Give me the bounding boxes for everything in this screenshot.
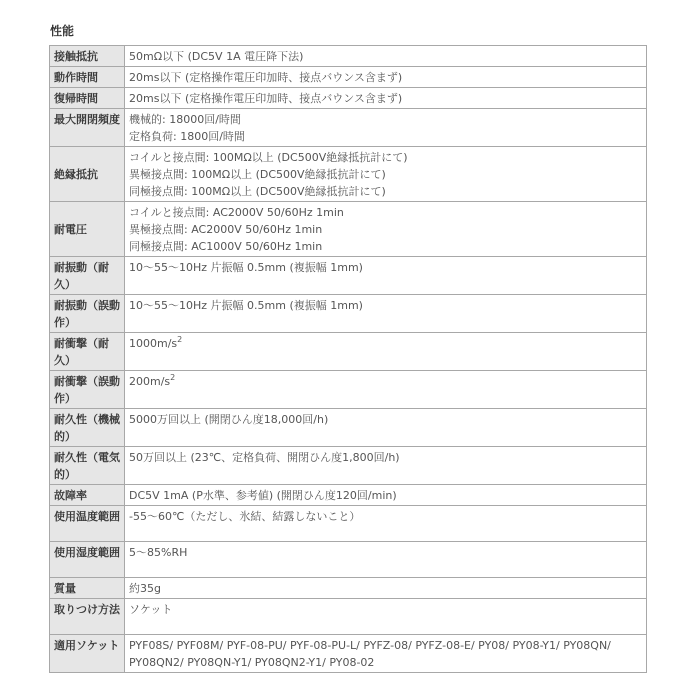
value-line: 約35g (129, 580, 642, 597)
row-label: 取りつけ方法 (50, 599, 125, 635)
value-line: 20ms以下 (定格操作電圧印加時、接点バウンス含まず) (129, 90, 642, 107)
row-label: 耐振動（耐久） (50, 257, 125, 295)
row-label: 復帰時間 (50, 88, 125, 109)
table-row-electrical-endurance: 耐久性（電気的） 50万回以上 (23℃、定格負荷、開閉ひん度1,800回/h) (50, 447, 647, 485)
value-line: -55～60℃（ただし、氷結、結露しないこと） (129, 508, 642, 525)
value-line: 50mΩ以下 (DC5V 1A 電圧降下法) (129, 48, 642, 65)
row-label: 質量 (50, 578, 125, 599)
row-value: コイルと接点間: 100MΩ以上 (DC500V絶縁抵抗計にて) 異極接点間: … (125, 147, 647, 202)
table-row-operate-time: 動作時間 20ms以下 (定格操作電圧印加時、接点バウンス含まず) (50, 67, 647, 88)
table-row-applicable-sockets: 適用ソケット PYF08S/ PYF08M/ PYF-08-PU/ PYF-08… (50, 635, 647, 673)
value-line: 機械的: 18000回/時間 (129, 111, 642, 128)
value-exponent: 2 (170, 373, 175, 382)
table-row-mechanical-endurance: 耐久性（機械的） 5000万回以上 (開閉ひん度18,000回/h) (50, 409, 647, 447)
value-base: 1000m/s (129, 337, 177, 350)
row-value: コイルと接点間: AC2000V 50/60Hz 1min 異極接点間: AC2… (125, 202, 647, 257)
row-value: 50mΩ以下 (DC5V 1A 電圧降下法) (125, 46, 647, 67)
value-line: PYF08S/ PYF08M/ PYF-08-PU/ PYF-08-PU-L/ … (129, 637, 642, 654)
value-line: 50万回以上 (23℃、定格負荷、開閉ひん度1,800回/h) (129, 449, 642, 466)
row-value: 5～85%RH (125, 542, 647, 578)
value-line: 10～55～10Hz 片振幅 0.5mm (複振幅 1mm) (129, 297, 642, 314)
value-exponent: 2 (177, 335, 182, 344)
value-line: 5000万回以上 (開閉ひん度18,000回/h) (129, 411, 642, 428)
table-row-vibration-durability: 耐振動（耐久） 10～55～10Hz 片振幅 0.5mm (複振幅 1mm) (50, 257, 647, 295)
row-value: 10～55～10Hz 片振幅 0.5mm (複振幅 1mm) (125, 295, 647, 333)
row-value: 10～55～10Hz 片振幅 0.5mm (複振幅 1mm) (125, 257, 647, 295)
row-value: 20ms以下 (定格操作電圧印加時、接点バウンス含まず) (125, 67, 647, 88)
row-label: 故障率 (50, 485, 125, 506)
row-value: DC5V 1mA (P水準、参考値) (開閉ひん度120回/min) (125, 485, 647, 506)
row-label: 耐衝撃（誤動作） (50, 371, 125, 409)
value-line: 5～85%RH (129, 544, 642, 561)
section-title: 性能 (50, 22, 74, 39)
row-value: 約35g (125, 578, 647, 599)
row-label: 使用湿度範囲 (50, 542, 125, 578)
row-value: -55～60℃（ただし、氷結、結露しないこと） (125, 506, 647, 542)
table-row-mounting-method: 取りつけ方法 ソケット (50, 599, 647, 635)
value-line: ソケット (129, 601, 642, 618)
table-row-weight: 質量 約35g (50, 578, 647, 599)
table-row-contact-resistance: 接触抵抗 50mΩ以下 (DC5V 1A 電圧降下法) (50, 46, 647, 67)
table-row-release-time: 復帰時間 20ms以下 (定格操作電圧印加時、接点バウンス含まず) (50, 88, 647, 109)
value-line: 10～55～10Hz 片振幅 0.5mm (複振幅 1mm) (129, 259, 642, 276)
table-row-shock-durability: 耐衝撃（耐久） 1000m/s2 (50, 333, 647, 371)
row-value: 50万回以上 (23℃、定格負荷、開閉ひん度1,800回/h) (125, 447, 647, 485)
row-value: 20ms以下 (定格操作電圧印加時、接点バウンス含まず) (125, 88, 647, 109)
value-line: 同極接点間: 100MΩ以上 (DC500V絶縁抵抗計にて) (129, 183, 642, 200)
value-line: 定格負荷: 1800回/時間 (129, 128, 642, 145)
row-label: 耐久性（電気的） (50, 447, 125, 485)
value-line: 同極接点間: AC1000V 50/60Hz 1min (129, 238, 642, 255)
table-row-failure-rate: 故障率 DC5V 1mA (P水準、参考値) (開閉ひん度120回/min) (50, 485, 647, 506)
row-label: 耐電圧 (50, 202, 125, 257)
value-line: コイルと接点間: 100MΩ以上 (DC500V絶縁抵抗計にて) (129, 149, 642, 166)
row-value: 5000万回以上 (開閉ひん度18,000回/h) (125, 409, 647, 447)
value-line: コイルと接点間: AC2000V 50/60Hz 1min (129, 204, 642, 221)
row-label: 耐衝撃（耐久） (50, 333, 125, 371)
row-label: 絶縁抵抗 (50, 147, 125, 202)
row-value: PYF08S/ PYF08M/ PYF-08-PU/ PYF-08-PU-L/ … (125, 635, 647, 673)
row-value: 200m/s2 (125, 371, 647, 409)
row-label: 最大開閉頻度 (50, 109, 125, 147)
value-line: 20ms以下 (定格操作電圧印加時、接点バウンス含まず) (129, 69, 642, 86)
row-label: 耐振動（誤動作） (50, 295, 125, 333)
table-row-operating-temperature: 使用温度範囲 -55～60℃（ただし、氷結、結露しないこと） (50, 506, 647, 542)
row-value: 機械的: 18000回/時間 定格負荷: 1800回/時間 (125, 109, 647, 147)
row-label: 使用温度範囲 (50, 506, 125, 542)
row-label: 耐久性（機械的） (50, 409, 125, 447)
table-row-vibration-malfunction: 耐振動（誤動作） 10～55～10Hz 片振幅 0.5mm (複振幅 1mm) (50, 295, 647, 333)
performance-spec-table: 接触抵抗 50mΩ以下 (DC5V 1A 電圧降下法) 動作時間 20ms以下 … (49, 45, 647, 673)
table-row-operating-humidity: 使用湿度範囲 5～85%RH (50, 542, 647, 578)
row-value: ソケット (125, 599, 647, 635)
row-label: 接触抵抗 (50, 46, 125, 67)
row-label: 動作時間 (50, 67, 125, 88)
value-line: PY08QN2/ PY08QN-Y1/ PY08QN2-Y1/ PY08-02 (129, 654, 642, 671)
value-line: 異極接点間: AC2000V 50/60Hz 1min (129, 221, 642, 238)
row-value: 1000m/s2 (125, 333, 647, 371)
table-row-shock-malfunction: 耐衝撃（誤動作） 200m/s2 (50, 371, 647, 409)
value-base: 200m/s (129, 375, 170, 388)
table-row-dielectric-strength: 耐電圧 コイルと接点間: AC2000V 50/60Hz 1min 異極接点間:… (50, 202, 647, 257)
value-line: 異極接点間: 100MΩ以上 (DC500V絶縁抵抗計にて) (129, 166, 642, 183)
table-row-max-switching-frequency: 最大開閉頻度 機械的: 18000回/時間 定格負荷: 1800回/時間 (50, 109, 647, 147)
value-line: DC5V 1mA (P水準、参考値) (開閉ひん度120回/min) (129, 487, 642, 504)
table-row-insulation-resistance: 絶縁抵抗 コイルと接点間: 100MΩ以上 (DC500V絶縁抵抗計にて) 異極… (50, 147, 647, 202)
row-label: 適用ソケット (50, 635, 125, 673)
